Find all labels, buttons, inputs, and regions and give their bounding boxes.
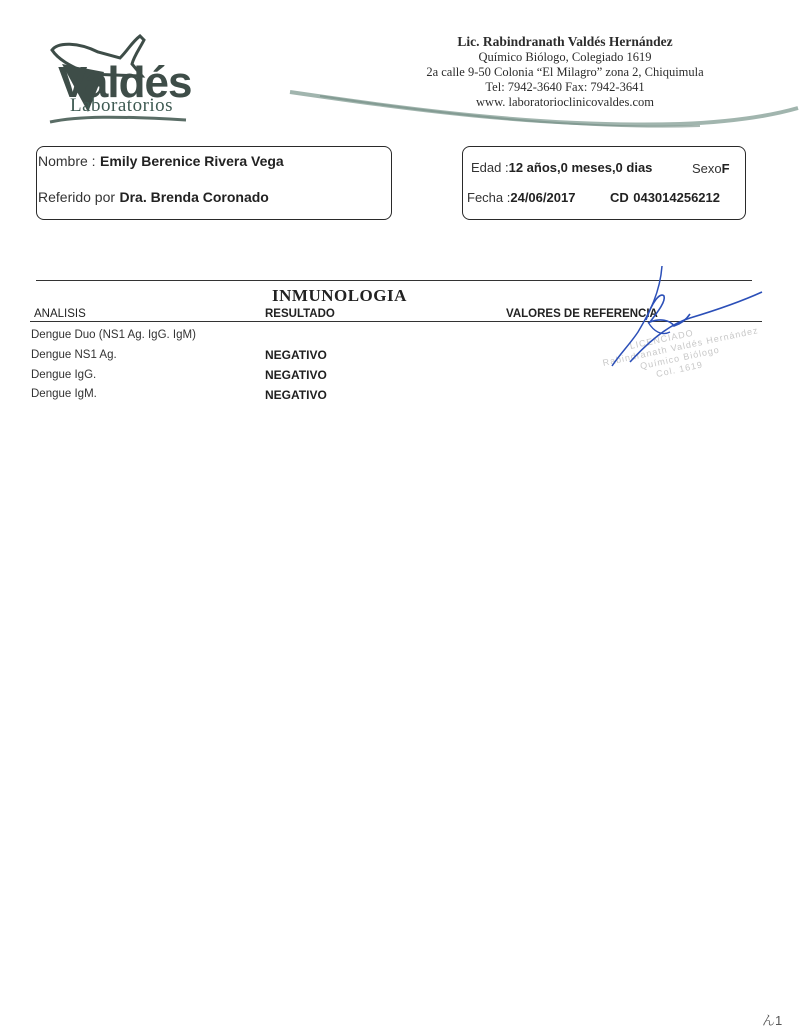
table-row-name: Dengue IgM. <box>31 388 97 400</box>
table-row-name: Dengue NS1 Ag. <box>31 349 117 361</box>
page-mark: ん1 <box>762 1010 782 1029</box>
logo-wave-icon <box>48 112 188 126</box>
director-title: Químico Biólogo, Colegiado 1619 <box>405 50 725 65</box>
table-row-result: NEGATIVO <box>265 388 327 402</box>
name-value: Emily Berenice Rivera Vega <box>100 153 284 169</box>
table-row-name: Dengue IgG. <box>31 369 96 381</box>
signature-icon <box>590 262 770 372</box>
date-label: Fecha : <box>467 190 510 205</box>
patient-name-row: Nombre : Emily Berenice Rivera Vega <box>38 153 284 171</box>
lab-phones: Tel: 7942-3640 Fax: 7942-3641 <box>405 80 725 95</box>
lab-header: Lic. Rabindranath Valdés Hernández Quími… <box>405 33 725 110</box>
patient-details-box <box>462 146 746 220</box>
cd-value: 043014256212 <box>633 190 720 205</box>
name-label: Nombre : <box>38 153 96 169</box>
age-value: 12 años,0 meses,0 dias <box>509 160 653 175</box>
sex-row: SexoF <box>692 160 730 178</box>
cd-label: CD <box>610 190 629 205</box>
date-value: 24/06/2017 <box>510 190 575 205</box>
section-title: INMUNOLOGIA <box>272 286 407 306</box>
table-row-name: Dengue Duo (NS1 Ag. IgG. IgM) <box>31 329 196 341</box>
table-row-result: NEGATIVO <box>265 368 327 382</box>
column-result: RESULTADO <box>265 308 335 320</box>
column-analysis: ANALISIS <box>34 308 86 320</box>
date-row: Fecha :24/06/2017 <box>467 189 575 207</box>
referred-value: Dra. Brenda Coronado <box>120 189 269 205</box>
director-name: Lic. Rabindranath Valdés Hernández <box>405 33 725 50</box>
table-row-result: NEGATIVO <box>265 348 327 362</box>
cd-row: CD 043014256212 <box>610 189 720 207</box>
sex-label: Sexo <box>692 161 722 176</box>
age-label: Edad : <box>471 160 509 175</box>
lab-address: 2a calle 9-50 Colonia “El Milagro” zona … <box>405 65 725 80</box>
lab-website: www. laboratorioclinicovaldes.com <box>405 95 725 110</box>
referred-label: Referido por <box>38 189 115 205</box>
age-row: Edad :12 años,0 meses,0 dias <box>471 160 652 175</box>
sex-value: F <box>722 161 730 176</box>
referred-row: Referido por Dra. Brenda Coronado <box>38 189 269 207</box>
